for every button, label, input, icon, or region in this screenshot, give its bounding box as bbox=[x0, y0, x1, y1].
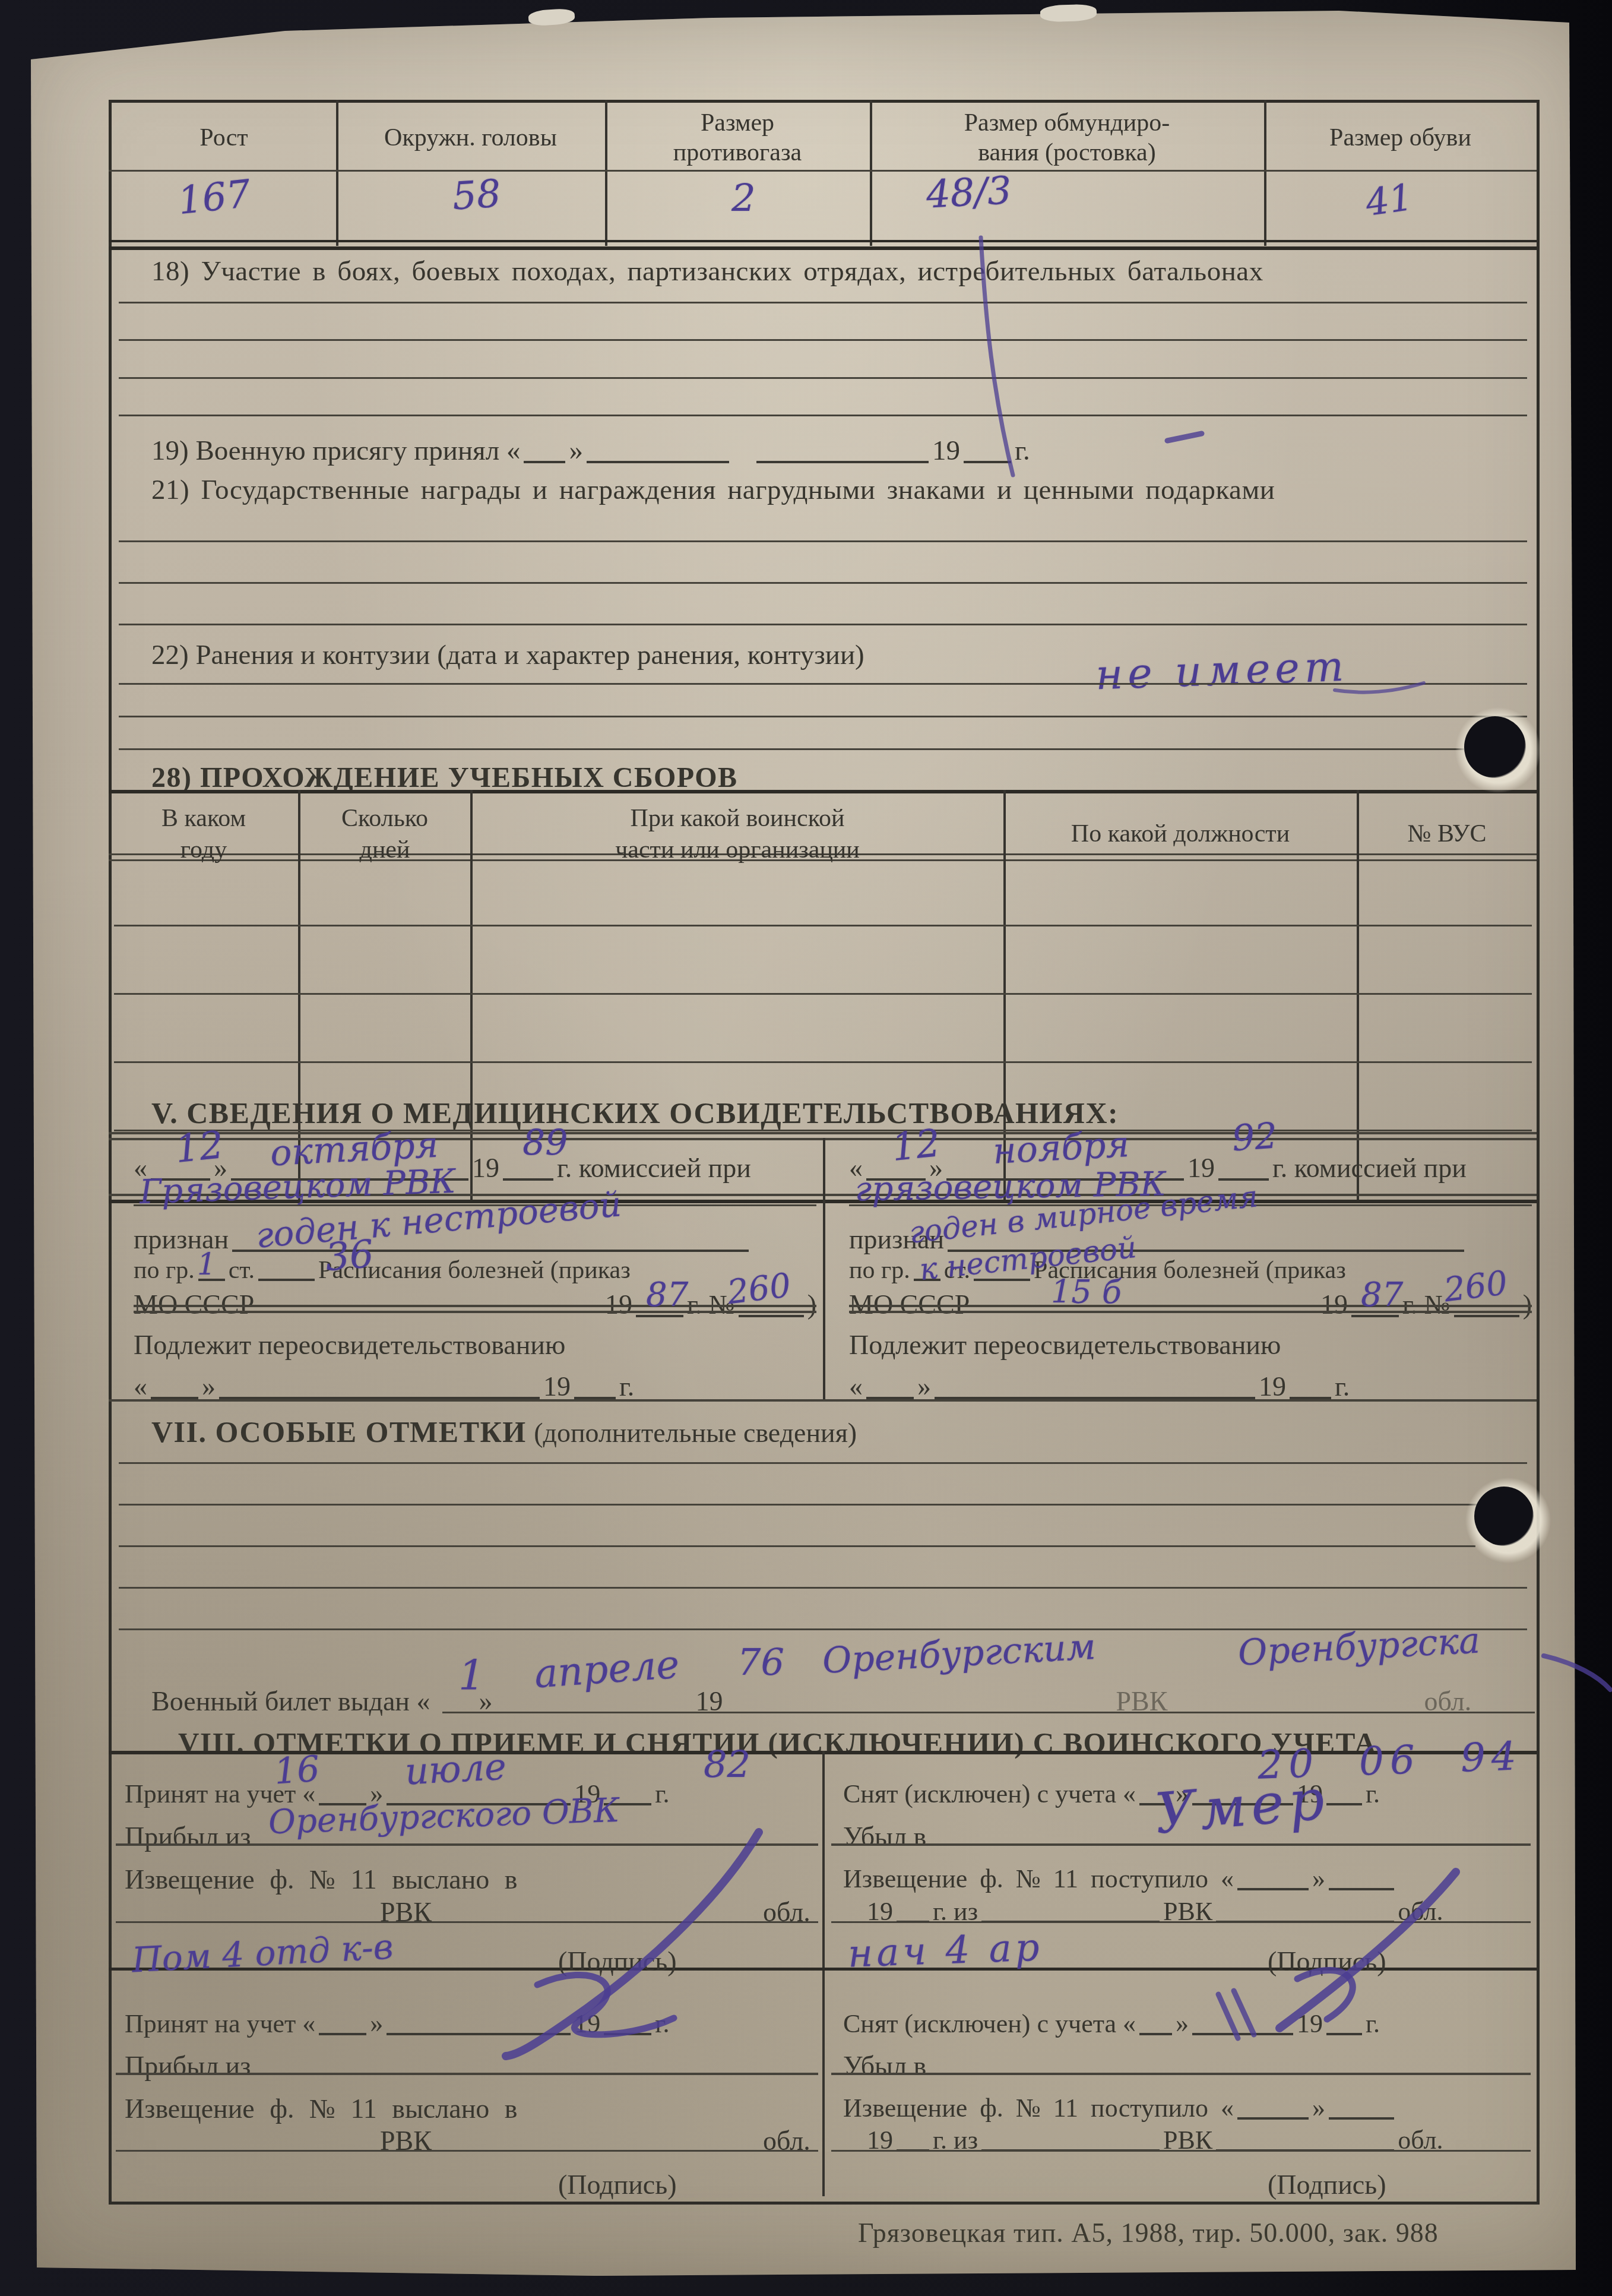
table-line bbox=[134, 1305, 816, 1307]
handwritten-gasmask-size: 2 bbox=[731, 177, 756, 221]
handwritten-uniform-size: 48/3 bbox=[925, 169, 1012, 217]
pribyl-label-2: Прибыл из bbox=[125, 2050, 251, 2082]
blank-underline bbox=[151, 1372, 198, 1399]
year-prefix: 19 bbox=[1259, 1371, 1286, 1402]
item-21-label: 21) Государственные награды и награждени… bbox=[151, 474, 1275, 506]
table-line bbox=[849, 1311, 1532, 1313]
podpis-label: (Подпись) bbox=[558, 1946, 677, 1977]
podpis-label: (Подпись) bbox=[1268, 2169, 1386, 2200]
blank-underline bbox=[1192, 2010, 1293, 2036]
med-left-reexam-label: Подлежит переосвидетельствованию bbox=[134, 1329, 565, 1361]
year-prefix: 19 bbox=[543, 1371, 571, 1402]
blank-underline bbox=[258, 1256, 315, 1281]
med-left-reexam-date: «»19г. bbox=[134, 1371, 634, 1402]
quote-close: » bbox=[1312, 1864, 1325, 1893]
section-28-title: 28) ПРОХОЖДЕНИЕ УЧЕБНЫХ СБОРОВ bbox=[151, 761, 738, 794]
hw-prinyat1-day: 16 bbox=[273, 1748, 321, 1792]
blank-underline bbox=[1216, 1897, 1394, 1924]
hw-prinyat1-month: июле bbox=[404, 1745, 507, 1794]
izv-vyslano-label-2: Извещение ф. № 11 выслано в bbox=[125, 2093, 518, 2124]
izv-postupilo-label: Извещение ф. № 11 поступило « bbox=[843, 2093, 1234, 2123]
item-19-line: 19) Военную присягу принял «»19г. bbox=[151, 435, 1030, 467]
handwritten-no-wounds: не имеет bbox=[1095, 642, 1350, 700]
hw-med-right-month: ноября bbox=[992, 1124, 1130, 1172]
ruled-line bbox=[116, 2150, 818, 2152]
quote-close: » bbox=[1176, 2009, 1189, 2038]
s28-col-position: По какой должности bbox=[1006, 818, 1354, 850]
col-header-shoes: Размер обуви bbox=[1264, 107, 1537, 169]
year-prefix: 19 bbox=[932, 435, 960, 466]
quote-close: » bbox=[202, 1371, 216, 1402]
hw-med-right-order-year: 87 bbox=[1361, 1276, 1403, 1314]
quote-close: » bbox=[569, 435, 583, 466]
blank-underline bbox=[319, 2010, 366, 2036]
blank-underline bbox=[1139, 2010, 1172, 2036]
item-22-label: 22) Ранения и контузии (дата и характер … bbox=[151, 639, 864, 671]
hw-med-left-group: 1 bbox=[197, 1247, 216, 1282]
izv-postupilo-row-1: Извещение ф. № 11 поступило «» bbox=[843, 1864, 1398, 1894]
ruled-line bbox=[119, 415, 1527, 416]
blank-underline bbox=[897, 2126, 929, 2152]
section-vii-subtitle: (дополнительные сведения) bbox=[534, 1418, 857, 1448]
ruled-line bbox=[114, 925, 1532, 926]
blank-underline bbox=[756, 435, 929, 463]
hw-med-right-day: 12 bbox=[889, 1121, 942, 1170]
blank bbox=[1171, 1689, 1420, 1713]
ruled-line bbox=[119, 540, 1527, 542]
blank-underline bbox=[897, 1897, 929, 1924]
bilet-issued-label: Военный билет выдан « bbox=[151, 1686, 430, 1716]
obl-label: обл. bbox=[763, 1896, 810, 1928]
year-suffix: г. bbox=[1366, 2009, 1380, 2038]
pribyl-label-1: Прибыл из bbox=[125, 1821, 251, 1852]
med-right-reexam-label: Подлежит переосвидетельствованию bbox=[849, 1329, 1281, 1361]
obl-label: обл. bbox=[763, 2125, 810, 2156]
izv-postupilo-row-3: Извещение ф. № 11 поступило «» bbox=[843, 2093, 1398, 2123]
s28-col-year: В каком году bbox=[112, 803, 296, 865]
blank-underline bbox=[604, 2010, 651, 2036]
year-prefix: 19 bbox=[1297, 2009, 1323, 2038]
year-suffix: г. bbox=[1335, 1371, 1350, 1402]
izv-postupilo-label: Извещение ф. № 11 поступило « bbox=[843, 1864, 1234, 1893]
year-suffix: г. bbox=[655, 1779, 669, 1808]
snyat-label: Снят (исключен) с учета « bbox=[843, 1779, 1136, 1808]
ruled-line bbox=[119, 1587, 1527, 1589]
blank-underline bbox=[574, 1372, 616, 1399]
col-header-head: Окружн. головы bbox=[336, 107, 605, 169]
ruled-line bbox=[831, 2150, 1531, 2152]
print-shop-imprint: Грязовецкая тип. А5, 1988, тир. 50.000, … bbox=[858, 2217, 1439, 2248]
ruled-line bbox=[831, 1921, 1531, 1923]
table-line bbox=[134, 1311, 816, 1313]
s28-col-days: Сколько дней bbox=[301, 803, 468, 865]
table-line bbox=[109, 246, 1537, 250]
s28-col-vus: № ВУС bbox=[1360, 818, 1534, 850]
hw-med-right-year: 92 bbox=[1231, 1115, 1279, 1159]
item-19-label: 19) Военную присягу принял « bbox=[151, 435, 520, 466]
ruled-line bbox=[119, 624, 1527, 625]
izv-vyslano-label-1: Извещение ф. № 11 выслано в bbox=[125, 1864, 518, 1895]
handwritten-head-size: 58 bbox=[451, 172, 502, 219]
section-v-title: V. СВЕДЕНИЯ О МЕДИЦИНСКИХ ОСВИДЕТЕЛЬСТВО… bbox=[151, 1096, 1119, 1130]
blank-underline bbox=[1216, 2126, 1394, 2152]
blank-underline bbox=[1329, 2094, 1394, 2120]
hw-bilet-year: 76 bbox=[737, 1640, 784, 1684]
hole-punch bbox=[1464, 716, 1526, 778]
hw-med-right-order-no: 260 bbox=[1442, 1264, 1509, 1310]
table-line bbox=[109, 240, 1537, 242]
ruled-line bbox=[119, 748, 1467, 750]
ruled-line bbox=[831, 1843, 1531, 1846]
hw-bilet-day: 1 bbox=[458, 1651, 485, 1700]
section-vii-title: VII. ОСОБЫЕ ОТМЕТКИ bbox=[151, 1415, 527, 1449]
scanned-military-document-page: Рост Окружн. головы Размер противогаза Р… bbox=[0, 0, 1612, 2296]
ruled-line bbox=[114, 993, 1532, 995]
quote-open: « bbox=[134, 1371, 147, 1402]
podpis-label: (Подпись) bbox=[558, 2169, 677, 2200]
viii-column-divider bbox=[822, 1751, 825, 2196]
blank-underline bbox=[935, 1372, 1255, 1399]
blank-underline bbox=[981, 1897, 1160, 1924]
medical-column-divider bbox=[823, 1138, 825, 1402]
ruled-line bbox=[114, 1061, 1532, 1063]
table-line bbox=[109, 790, 1537, 793]
blank-underline bbox=[387, 2010, 571, 2036]
s28-col-unit: При какой воинской части или организации bbox=[473, 803, 1002, 865]
table-line bbox=[109, 170, 1537, 172]
quote-open: « bbox=[849, 1371, 863, 1402]
ruled-line bbox=[831, 2073, 1531, 2075]
col-header-height: Рост bbox=[112, 107, 336, 169]
blank-underline bbox=[524, 435, 565, 463]
sizes-header-row: Рост Окружн. головы Размер противогаза Р… bbox=[112, 107, 1537, 169]
ruled-line bbox=[119, 716, 1527, 717]
hw-med-left-order-no: 260 bbox=[725, 1266, 793, 1313]
article-label: ст. bbox=[229, 1257, 255, 1284]
year-suffix: г. bbox=[619, 1371, 634, 1402]
ruled-line bbox=[119, 1545, 1475, 1547]
ruled-line bbox=[119, 683, 1527, 685]
quote-close: » bbox=[370, 2009, 383, 2038]
hole-punch bbox=[1474, 1487, 1534, 1546]
ruled-line bbox=[116, 1921, 818, 1923]
year-prefix: 19 bbox=[472, 1153, 499, 1183]
section-vii-title-row: VII. ОСОБЫЕ ОТМЕТКИ (дополнительные свед… bbox=[151, 1415, 857, 1449]
quote-close: » bbox=[917, 1371, 931, 1402]
ruled-line bbox=[119, 339, 1527, 341]
col-header-gasmask: Размер противогаза bbox=[605, 107, 870, 169]
med-right-reexam-date: «»19г. bbox=[849, 1371, 1350, 1402]
ruled-line bbox=[119, 302, 1527, 303]
podpis-label: (Подпись) bbox=[1268, 1946, 1386, 1977]
blank-underline bbox=[1329, 1865, 1394, 1891]
handwritten-height: 167 bbox=[176, 172, 252, 223]
ubyl-label-2: Убыл в bbox=[843, 2050, 926, 2082]
quote-close: » bbox=[1312, 2093, 1325, 2123]
rvk-label: РВК bbox=[380, 2125, 432, 2156]
ruled-line bbox=[119, 377, 1527, 379]
col-header-uniform: Размер обмундиро- вания (ростовка) bbox=[870, 107, 1264, 169]
hw-med-left-order-year: 87 bbox=[646, 1276, 688, 1314]
ruled-line bbox=[119, 1504, 1527, 1506]
ubyl-label-1: Убыл в bbox=[843, 1821, 926, 1852]
blank-underline bbox=[1237, 1865, 1309, 1891]
year-prefix: 19 bbox=[574, 2009, 600, 2038]
year-suffix: г. bbox=[1015, 435, 1030, 466]
year-suffix: г. bbox=[655, 2009, 669, 2038]
ruled-line bbox=[119, 1462, 1527, 1464]
hw-med-right-article: 15 б bbox=[1051, 1273, 1122, 1311]
hw-prinyat1-year: 82 bbox=[704, 1742, 750, 1786]
ruled-line bbox=[116, 1843, 818, 1846]
hw-signature-title-right: нач 4 ар bbox=[847, 1925, 1044, 1976]
hw-med-left-article: 36 bbox=[324, 1232, 376, 1280]
blank-underline bbox=[981, 2126, 1160, 2152]
commission-text: г. комиссией при bbox=[1272, 1153, 1467, 1183]
blank-underline bbox=[1237, 2094, 1309, 2120]
rvk-label: РВК bbox=[380, 1896, 432, 1928]
ruled-line bbox=[116, 2073, 818, 2075]
section-viii-title: VIII. ОТМЕТКИ О ПРИЕМЕ И СНЯТИИ (ИСКЛЮЧЕ… bbox=[178, 1726, 1376, 1760]
snyat-label: Снят (исключен) с учета « bbox=[843, 2009, 1136, 2038]
blank-underline bbox=[866, 1372, 914, 1399]
handwritten-shoe-size: 41 bbox=[1363, 175, 1415, 224]
ruled-line bbox=[119, 582, 1527, 584]
group-label: по гр. bbox=[849, 1257, 910, 1284]
blank-underline bbox=[219, 1372, 540, 1399]
blank-underline bbox=[964, 435, 1011, 463]
group-label: по гр. bbox=[134, 1257, 195, 1284]
year-prefix: 19 bbox=[1187, 1153, 1215, 1183]
commission-text: г. комиссией при bbox=[557, 1153, 751, 1183]
table-line bbox=[849, 1305, 1532, 1307]
snyat-row-2: Снят (исключен) с учета «»19г. bbox=[843, 2009, 1380, 2039]
hw-med-left-day: 12 bbox=[173, 1123, 226, 1172]
blank-underline bbox=[1290, 1372, 1331, 1399]
ruled-line bbox=[442, 1712, 1535, 1713]
blank-underline bbox=[587, 435, 729, 463]
prinyat-row-2: Принят на учет «»19г. bbox=[125, 2009, 669, 2039]
blank-underline bbox=[1326, 2010, 1362, 2036]
hw-med-left-year: 89 bbox=[522, 1122, 568, 1164]
prinyat-label: Принят на учет « bbox=[125, 2009, 315, 2038]
blank bbox=[726, 1689, 1112, 1713]
item-18-label: 18) Участие в боях, боевых походах, парт… bbox=[151, 255, 1263, 287]
